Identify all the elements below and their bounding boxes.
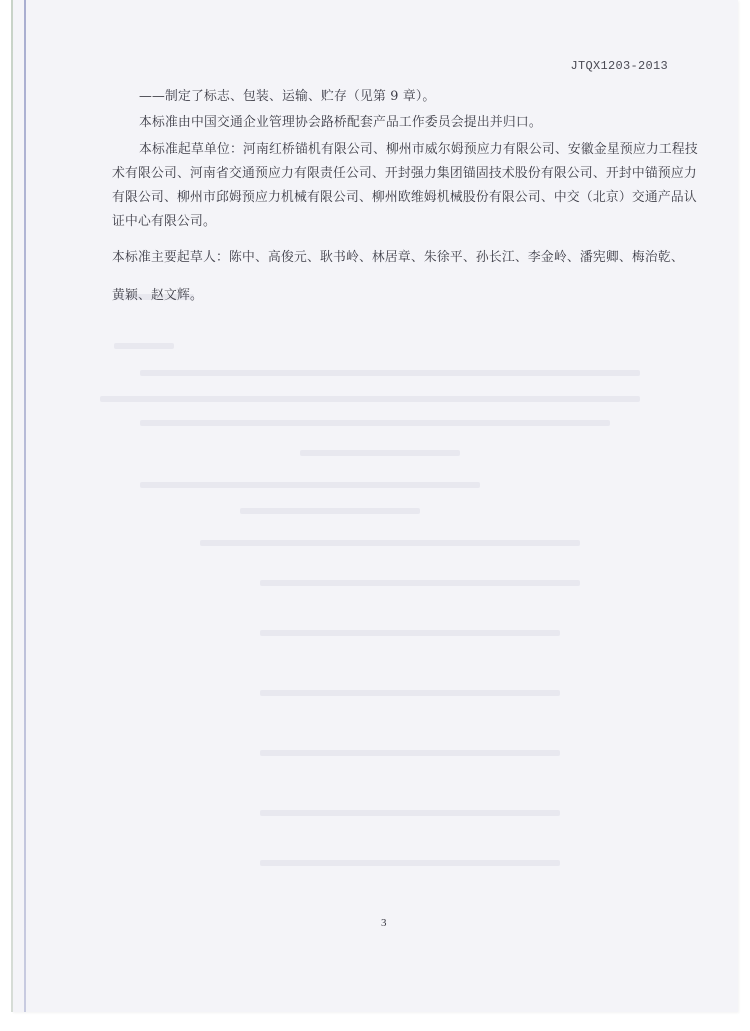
binding-edge-shadow: [24, 0, 26, 1012]
bleed-through-mark: [300, 450, 460, 456]
body-line-drafting-units-2: 术有限公司、河南省交通预应力有限责任公司、开封强力集团锚固技术股份有限公司、开封…: [112, 163, 697, 184]
body-line-drafting-units-1: 本标准起草单位：河南红桥锚机有限公司、柳州市威尔姆预应力有限公司、安徽金星预应力…: [139, 139, 698, 160]
binding-edge: [11, 0, 13, 1012]
bleed-through-mark: [260, 580, 580, 586]
bleed-through-mark: [260, 690, 560, 696]
bleed-through-mark: [100, 396, 640, 402]
body-line-amendment: ——制定了标志、包装、运输、贮存（见第 9 章）。: [139, 86, 435, 107]
bleed-through-mark: [260, 860, 560, 866]
bleed-through-mark: [260, 810, 560, 816]
bleed-through-mark: [240, 508, 420, 514]
bleed-through-mark: [260, 750, 560, 756]
body-line-drafters-2: 黄颖、赵文辉。: [112, 285, 203, 306]
bleed-through-mark: [140, 370, 640, 376]
body-line-drafting-units-4: 证中心有限公司。: [112, 211, 216, 232]
body-line-drafters-1: 本标准主要起草人：陈中、高俊元、耿书岭、林居章、朱徐平、孙长江、李金岭、潘宪卿、…: [112, 247, 684, 268]
scanned-page: JTQX1203-2013 ——制定了标志、包装、运输、贮存（见第 9 章）。 …: [0, 0, 750, 1031]
page-number: 3: [381, 917, 387, 929]
bleed-through-mark: [200, 540, 580, 546]
body-line-drafting-units-3: 有限公司、柳州市邱姆预应力机械有限公司、柳州欧维姆机械股份有限公司、中交（北京）…: [112, 187, 697, 208]
bleed-through-mark: [114, 343, 174, 349]
bleed-through-mark: [140, 482, 480, 488]
standard-code: JTQX1203-2013: [570, 59, 668, 73]
body-line-proposer: 本标准由中国交通企业管理协会路桥配套产品工作委员会提出并归口。: [139, 112, 542, 133]
bleed-through-mark: [140, 420, 610, 426]
bleed-through-mark: [260, 630, 560, 636]
